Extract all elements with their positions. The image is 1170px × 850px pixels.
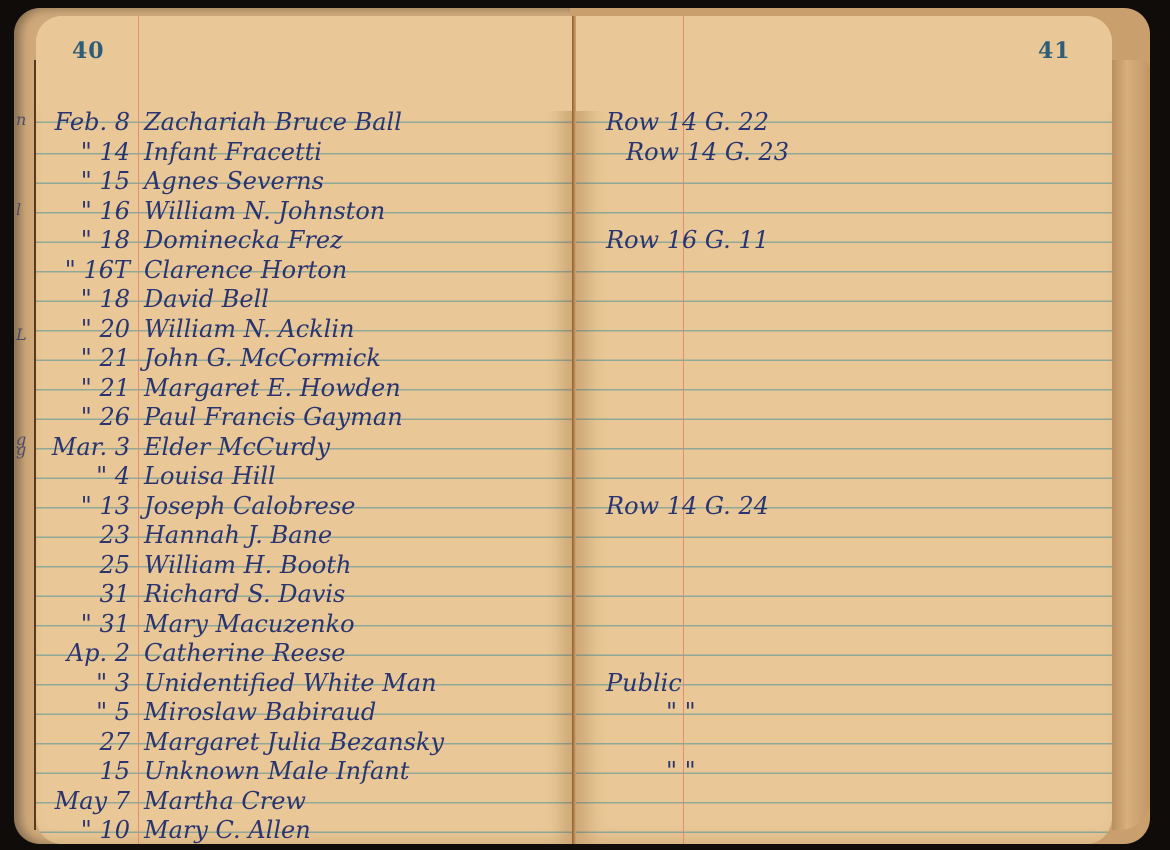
entry-name: Dominecka Frez <box>144 226 343 254</box>
entry-date: " 18 <box>38 226 130 254</box>
entry-name: David Bell <box>144 285 269 313</box>
entry-date: " 4 <box>38 462 130 490</box>
entry-name: Margaret Julia Bezansky <box>144 728 444 756</box>
entry-date: " 16 <box>38 197 130 225</box>
right-page: 41 Row 14 G. 22Row 14 G. 23Row 16 G. 11R… <box>576 16 1112 844</box>
entry-date: Ap. 2 <box>38 639 130 667</box>
entry-name: Paul Francis Gayman <box>144 403 403 431</box>
entry-name: Zachariah Bruce Ball <box>144 108 402 136</box>
grave-location: " " <box>666 698 696 726</box>
entry-name: Elder McCurdy <box>144 433 330 461</box>
page-header-area <box>36 16 572 111</box>
entry-name: Agnes Severns <box>144 167 324 195</box>
margin-annotations: nlLgg <box>14 100 36 500</box>
entry-name: Martha Crew <box>144 787 306 815</box>
entry-name: Hannah J. Bane <box>144 521 332 549</box>
ledger-book: 40 Feb. 8Zachariah Bruce Ball" 14Infant … <box>0 0 1170 850</box>
entry-date: Feb. 8 <box>38 108 130 136</box>
entry-name: John G. McCormick <box>144 344 381 372</box>
entry-name: Richard S. Davis <box>144 580 345 608</box>
entry-date: " 21 <box>38 344 130 372</box>
entry-date: " 16T <box>38 256 130 284</box>
entry-name: Louisa Hill <box>144 462 276 490</box>
entry-name: Unknown Male Infant <box>144 757 409 785</box>
entry-name: Unidentified White Man <box>144 669 437 697</box>
entry-name: William N. Acklin <box>144 315 355 343</box>
grave-location: Row 14 G. 22 <box>606 108 769 136</box>
margin-mark: g <box>16 430 26 449</box>
grave-location: " " <box>666 757 696 785</box>
grave-location: Row 14 G. 24 <box>606 492 769 520</box>
entry-date: Mar. 3 <box>38 433 130 461</box>
entry-date: " 20 <box>38 315 130 343</box>
entry-date: 23 <box>38 521 130 549</box>
grave-location: Row 16 G. 11 <box>606 226 769 254</box>
entry-date: " 10 <box>38 816 130 844</box>
entry-date: " 13 <box>38 492 130 520</box>
entry-date: 27 <box>38 728 130 756</box>
page-number-right: 41 <box>1038 38 1071 64</box>
page-number-left: 40 <box>72 38 105 64</box>
grave-location: Row 14 G. 23 <box>626 138 789 166</box>
entry-name: Infant Fracetti <box>144 138 322 166</box>
margin-mark: L <box>16 325 27 344</box>
entry-name: Catherine Reese <box>144 639 345 667</box>
margin-line-left <box>138 16 139 844</box>
page-edges-right <box>1112 60 1150 830</box>
entry-date: 15 <box>38 757 130 785</box>
entry-date: " 26 <box>38 403 130 431</box>
grave-location: Public <box>606 669 682 697</box>
entry-name: William H. Booth <box>144 551 351 579</box>
entry-date: 25 <box>38 551 130 579</box>
entry-date: " 3 <box>38 669 130 697</box>
entry-name: Miroslaw Babiraud <box>144 698 376 726</box>
left-page: 40 Feb. 8Zachariah Bruce Ball" 14Infant … <box>36 16 572 844</box>
entry-name: William N. Johnston <box>144 197 385 225</box>
entry-name: Joseph Calobrese <box>144 492 355 520</box>
entry-date: " 15 <box>38 167 130 195</box>
page-header-area <box>576 16 1112 111</box>
entry-date: May 7 <box>38 787 130 815</box>
margin-mark: n <box>16 110 26 129</box>
entry-date: " 5 <box>38 698 130 726</box>
entry-date: " 18 <box>38 285 130 313</box>
entry-name: Clarence Horton <box>144 256 347 284</box>
entry-name: Margaret E. Howden <box>144 374 401 402</box>
entry-name: Mary C. Allen <box>144 816 311 844</box>
entry-name: Mary Macuzenko <box>144 610 355 638</box>
margin-mark: l <box>16 200 21 219</box>
entry-date: " 31 <box>38 610 130 638</box>
entry-date: 31 <box>38 580 130 608</box>
entry-date: " 14 <box>38 138 130 166</box>
entry-date: " 21 <box>38 374 130 402</box>
